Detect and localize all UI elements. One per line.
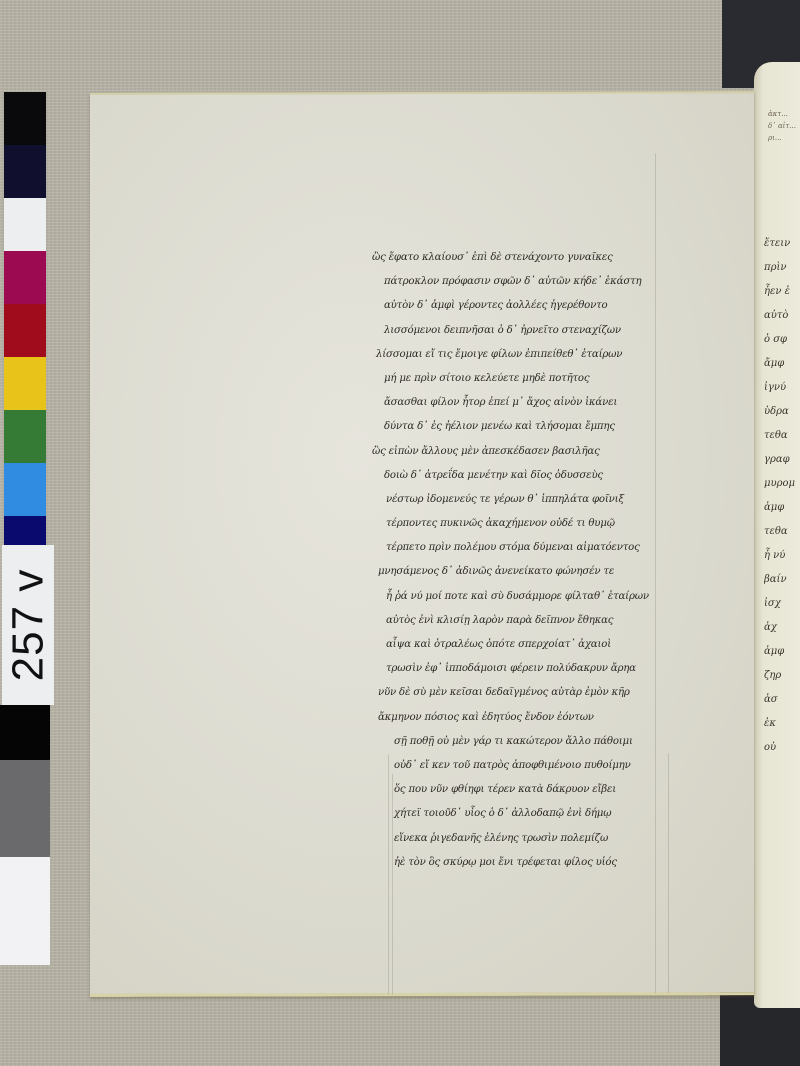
manuscript-line: μή με πρὶν σίτοιο κελεύετε μηδὲ ποτῆτος bbox=[372, 367, 692, 391]
manuscript-line: νῦν δὲ σὺ μὲν κεῖσαι δεδαϊγμένος αὐτὰρ ἐ… bbox=[372, 681, 692, 705]
manuscript-line: νέστωρ ἰδομενεύς τε γέρων θ᾽ ἱππηλάτα φο… bbox=[372, 488, 692, 512]
facing-header-note: ρι... bbox=[768, 132, 800, 144]
facing-text-line: τεθα bbox=[764, 520, 800, 544]
color-calibration-strip bbox=[4, 92, 46, 569]
gray-swatch bbox=[0, 760, 50, 857]
facing-text-line: ἰγνύ bbox=[764, 376, 800, 400]
facing-text-line: ἀμφ bbox=[764, 640, 800, 664]
facing-text-line: ἀμφ bbox=[764, 496, 800, 520]
facing-text-line: ἀχ bbox=[764, 616, 800, 640]
manuscript-line: τέρπετο πρὶν πολέμου στόμα δύμεναι αἱματ… bbox=[372, 536, 692, 560]
gray-swatch bbox=[0, 705, 50, 760]
manuscript-line: ἄκμηνον πόσιος καὶ ἐδητύος ἔνδον ἐόντων bbox=[372, 706, 692, 730]
manuscript-line: εἵνεκα ῥιγεδανῆς ἑλένης τρωσὶν πολεμίζω bbox=[372, 827, 692, 851]
manuscript-line: σῇ ποθῇ οὐ μὲν γάρ τι κακώτερον ἄλλο πάθ… bbox=[372, 730, 692, 754]
facing-text-line: πρὶν bbox=[764, 256, 800, 280]
manuscript-line: λισσόμενοι δειπνῆσαι ὁ δ᾽ ἠρνεῖτο στεναχ… bbox=[372, 319, 692, 343]
facing-page-header-notes: ἀκτ...δ᾽ αἰτ...ρι... bbox=[768, 108, 800, 144]
manuscript-line: ἄσασθαι φίλον ἦτορ ἐπεί μ᾽ ἄχος αἰνὸν ἱκ… bbox=[372, 391, 692, 415]
manuscript-line: αὐτὸς ἐνὶ κλισίῃ λαρὸν παρὰ δεῖπνον ἔθηκ… bbox=[372, 609, 692, 633]
facing-text-line: ἰσχ bbox=[764, 592, 800, 616]
color-swatch bbox=[4, 145, 46, 198]
manuscript-line: μνησάμενος δ᾽ ἀδινῶς ἀνενείκατο φώνησέν … bbox=[372, 560, 692, 584]
folio-label-card: 257 v bbox=[2, 545, 54, 705]
manuscript-line: λίσσομαι εἴ τις ἔμοιγε φίλων ἐπιπείθεθ᾽ … bbox=[372, 343, 692, 367]
grayscale-calibration-strip bbox=[0, 705, 50, 965]
manuscript-line: τέρποντες πυκινῶς ἀκαχήμενον οὐδέ τι θυμ… bbox=[372, 512, 692, 536]
facing-text-line: ἐκ bbox=[764, 712, 800, 736]
facing-text-line: τεθα bbox=[764, 424, 800, 448]
gray-swatch bbox=[0, 857, 50, 965]
manuscript-line: ὣς ἔφατο κλαίουσ᾽ ἐπὶ δὲ στενάχοντο γυνα… bbox=[372, 246, 692, 270]
color-swatch bbox=[4, 92, 46, 145]
facing-text-line: μυρομ bbox=[764, 472, 800, 496]
facing-text-line: ὁ σφ bbox=[764, 328, 800, 352]
color-swatch bbox=[4, 304, 46, 357]
manuscript-line: ἠὲ τὸν ὃς σκύρῳ μοι ἔνι τρέφεται φίλος υ… bbox=[372, 851, 692, 875]
manuscript-text-block: ὣς ἔφατο κλαίουσ᾽ ἐπὶ δὲ στενάχοντο γυνα… bbox=[372, 246, 692, 875]
color-swatch bbox=[4, 357, 46, 410]
manuscript-line: ὣς εἰπὼν ἄλλους μὲν ἀπεσκέδασεν βασιλῆας bbox=[372, 440, 692, 464]
manuscript-line: οὐδ᾽ εἴ κεν τοῦ πατρὸς ἀποφθιμένοιο πυθο… bbox=[372, 754, 692, 778]
facing-text-line: αὐτὸ bbox=[764, 304, 800, 328]
facing-text-line: ἦ νύ bbox=[764, 544, 800, 568]
manuscript-line: δύντα δ᾽ ἐς ἠέλιον μενέω καὶ τλήσομαι ἔμ… bbox=[372, 415, 692, 439]
manuscript-line: δοιὼ δ᾽ ἀτρεΐδα μενέτην καὶ δῖος ὀδυσσεὺ… bbox=[372, 464, 692, 488]
manuscript-line: αὐτὸν δ᾽ ἀμφὶ γέροντες ἀολλέες ἠγερέθοντ… bbox=[372, 294, 692, 318]
facing-text-line: ἄμφ bbox=[764, 352, 800, 376]
color-swatch bbox=[4, 410, 46, 463]
manuscript-line: πάτροκλον πρόφασιν σφῶν δ᾽ αὐτῶν κήδε᾽ ἑ… bbox=[372, 270, 692, 294]
facing-text-line: ζηρ bbox=[764, 664, 800, 688]
facing-text-line: ἔτειν bbox=[764, 232, 800, 256]
manuscript-line: αἶψα καὶ ὀτραλέως ὁπότε σπερχοίατ᾽ ἀχαιο… bbox=[372, 633, 692, 657]
color-swatch bbox=[4, 251, 46, 304]
facing-page-text: ἔτεινπρὶνἦεν ἐαὐτὸὁ σφἄμφἰγνύὑδρατεθαγρα… bbox=[764, 232, 800, 760]
facing-text-line: ἀσ bbox=[764, 688, 800, 712]
facing-header-note: ἀκτ... bbox=[768, 108, 800, 120]
color-swatch bbox=[4, 198, 46, 251]
manuscript-line: τρωσὶν ἐφ᾽ ἱπποδάμοισι φέρειν πολύδακρυν… bbox=[372, 657, 692, 681]
facing-header-note: δ᾽ αἰτ... bbox=[768, 120, 800, 132]
manuscript-line: ἦ ῥά νύ μοί ποτε καὶ σὺ δυσάμμορε φίλταθ… bbox=[372, 585, 692, 609]
manuscript-line: χήτεϊ τοιοῦδ᾽ υἷος ὁ δ᾽ ἀλλοδαπῷ ἐνὶ δήμ… bbox=[372, 802, 692, 826]
facing-text-line: γραφ bbox=[764, 448, 800, 472]
facing-text-line: ὑδρα bbox=[764, 400, 800, 424]
facing-text-line: βαίν bbox=[764, 568, 800, 592]
facing-text-line: οὐ bbox=[764, 736, 800, 760]
manuscript-line: ὅς που νῦν φθίηφι τέρεν κατὰ δάκρυον εἴβ… bbox=[372, 778, 692, 802]
color-swatch bbox=[4, 463, 46, 516]
facing-text-line: ἦεν ἐ bbox=[764, 280, 800, 304]
folio-number: 257 v bbox=[3, 569, 53, 682]
